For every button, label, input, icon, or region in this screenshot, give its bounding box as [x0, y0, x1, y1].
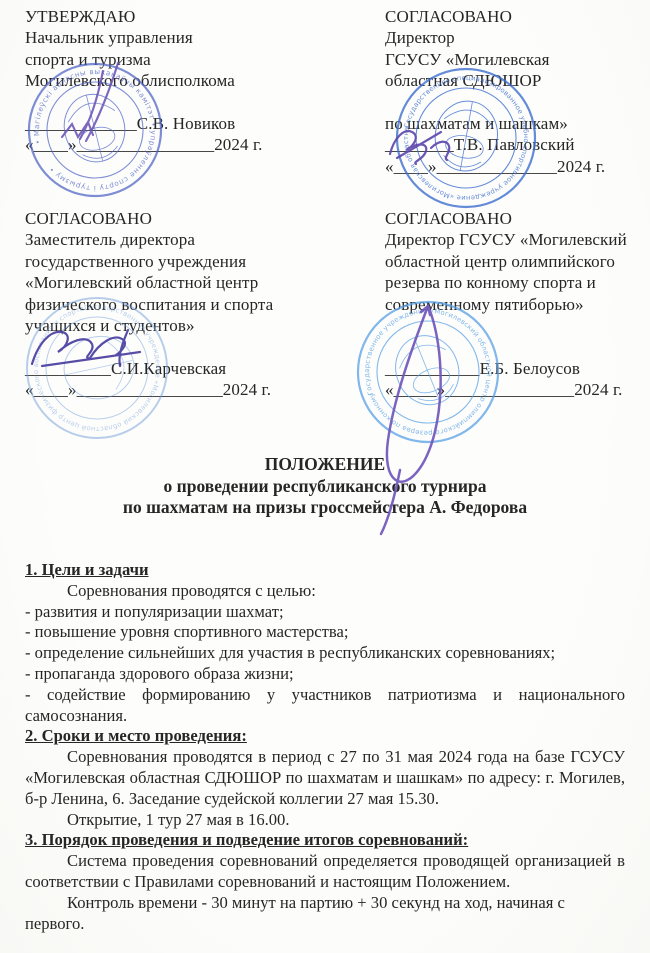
section-3-paragraph: Контроль времени - 30 минут на партию + …: [25, 893, 625, 935]
approval-title: СОГЛАСОВАНО: [385, 208, 645, 229]
approval-block-utverzhdayu: УТВЕРЖДАЮ Начальник управления спорта и …: [25, 6, 365, 156]
approval-line: ГСУСУ «Могилевская: [385, 49, 645, 70]
date-line: «____»_________________2024 г.: [25, 379, 365, 400]
approval-line: Директор ГСУСУ «Могилевский: [385, 229, 645, 250]
date-line: «_____»_______________2024 г.: [385, 379, 645, 400]
approval-line: Могилевского облисполкома: [25, 70, 365, 91]
approval-line: спорта и туризма: [25, 49, 365, 70]
section-3-paragraph: Система проведения соревнований определя…: [25, 851, 625, 893]
section-1-intro: Соревнования проводятся с целью:: [25, 581, 625, 602]
approval-line: современному пятиборью»: [385, 294, 645, 315]
approval-line: резерва по конному спорта и: [385, 272, 645, 293]
approval-line: «Могилевский областной центр: [25, 272, 365, 293]
list-item: - повышение уровня спортивного мастерств…: [25, 622, 625, 643]
list-item: - развития и популяризации шахмат;: [25, 602, 625, 623]
approval-line: по шахматам и шашкам»: [385, 113, 645, 134]
approval-line: областной центр олимпийского: [385, 251, 645, 272]
approval-line: областная СДЮШОР: [385, 70, 645, 91]
approval-line: [385, 336, 645, 357]
scanned-document-page: УТВЕРЖДАЮ Начальник управления спорта и …: [0, 0, 650, 953]
approval-line: Начальник управления: [25, 27, 365, 48]
approval-title: СОГЛАСОВАНО: [25, 208, 365, 229]
approval-line: [25, 92, 365, 113]
section-2-heading: 2. Сроки и место проведения:: [25, 726, 625, 747]
document-body: 1. Цели и задачи Соревнования проводятся…: [25, 560, 625, 934]
approval-title: СОГЛАСОВАНО: [385, 6, 645, 27]
approval-line: физического воспитания и спорта: [25, 294, 365, 315]
date-line: «____»______________2024 г.: [385, 156, 645, 177]
section-2-paragraph: Открытие, 1 тур 27 мая в 16.00.: [25, 810, 625, 831]
approval-line: [385, 92, 645, 113]
document-title: ПОЛОЖЕНИЕ о проведении республиканского …: [0, 454, 650, 519]
document-title-line1: ПОЛОЖЕНИЕ: [0, 454, 650, 476]
signature-line: __________С.И.Карчевская: [25, 358, 365, 379]
approval-line: государственного учреждения: [25, 251, 365, 272]
section-3-heading: 3. Порядок проведения и подведение итого…: [25, 830, 625, 851]
document-title-line2: о проведении республиканского турнира: [0, 476, 650, 498]
section-2-paragraph: Соревнования проводятся в период с 27 по…: [25, 747, 625, 809]
approval-line: учащихся и студентов»: [25, 315, 365, 336]
approval-block-soglasovano-chess-school: СОГЛАСОВАНО Директор ГСУСУ «Могилевская …: [385, 6, 645, 177]
date-line: «____»________________2024 г.: [25, 134, 365, 155]
approval-line: Директор: [385, 27, 645, 48]
list-item: - определение сильнейших для участия в р…: [25, 643, 625, 664]
signature-line: _____________С.В. Новиков: [25, 113, 365, 134]
signature-line: ________Т.В. Павловский: [385, 134, 645, 155]
approval-line: Заместитель директора: [25, 229, 365, 250]
approval-line: [385, 315, 645, 336]
list-item: - пропаганда здорового образа жизни;: [25, 664, 625, 685]
list-item: - содействие формированию у участников п…: [25, 685, 625, 727]
section-1-heading: 1. Цели и задачи: [25, 560, 625, 581]
document-title-line3: по шахматам на призы гроссмейстера А. Фе…: [0, 497, 650, 519]
approval-line: [25, 336, 365, 357]
approval-title: УТВЕРЖДАЮ: [25, 6, 365, 27]
approval-block-soglasovano-equestrian-center: СОГЛАСОВАНО Директор ГСУСУ «Могилевский …: [385, 208, 645, 401]
approval-block-soglasovano-sport-center: СОГЛАСОВАНО Заместитель директора госуда…: [25, 208, 365, 401]
signature-line: ___________Е.Б. Белоусов: [385, 358, 645, 379]
